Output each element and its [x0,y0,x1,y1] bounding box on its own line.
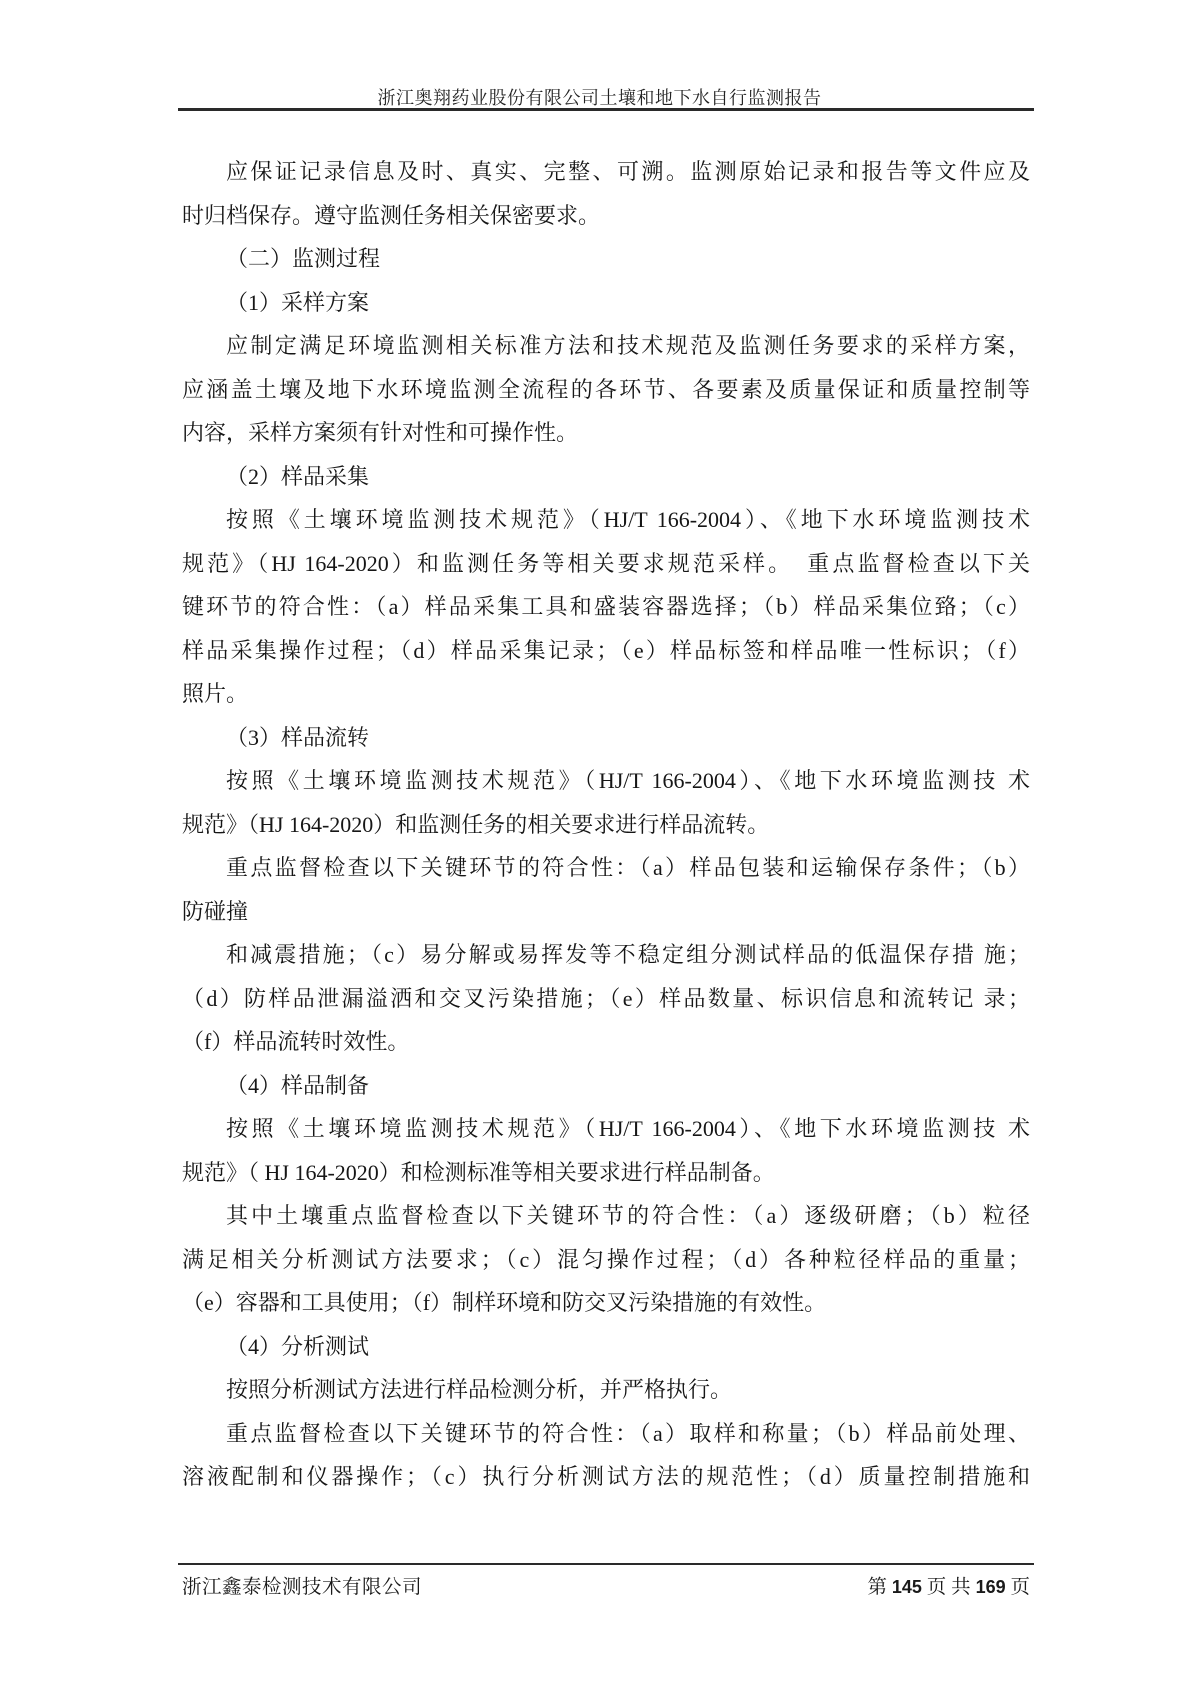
text-line: 应制定满足环境监测相关标准方法和技术规范及监测任务要求的采样方案， [182,324,1030,368]
page-indicator: 第 145 页 共 169 页 [867,1571,1030,1599]
text-line: 样品采集操作过程；（d）样品采集记录；（e）样品标签和样品唯一性标识；（f） [182,629,1030,673]
total-page-number: 169 [976,1577,1006,1597]
footer-company-name: 浙江鑫泰检测技术有限公司 [182,1571,422,1599]
page-indicator-prefix: 第 [867,1577,891,1598]
page-indicator-middle: 页 共 [922,1577,976,1598]
text-line: 按照《土壤环境监测技术规范》（HJ/T 166-2004）、《地下水环境监测技术 [182,498,1030,542]
text-line: 重点监督检查以下关键环节的符合性：（a）取样和称量；（b）样品前处理、 [182,1412,1030,1456]
text-line: 照片。 [182,672,1030,716]
text-line: 按照分析测试方法进行样品检测分析，并严格执行。 [182,1368,1030,1412]
text-line: 按照《土壤环境监测技术规范》（HJ/T 166-2004）、《地下水环境监测技 … [182,1107,1030,1151]
text-line: 满足相关分析测试方法要求；（c）混匀操作过程；（d）各种粒径样品的重量； [182,1238,1030,1282]
text-line: 规范》（HJ 164-2020）和监测任务的相关要求进行样品流转。 [182,803,1030,847]
text-line: （f）样品流转时效性。 [182,1020,1030,1064]
header-rule [178,108,1034,111]
document-page: 浙江奥翔药业股份有限公司土壤和地下水自行监测报告 应保证记录信息及时、真实、完整… [0,0,1199,1696]
text-line: （2）样品采集 [182,455,1030,499]
current-page-number: 145 [892,1577,922,1597]
text-line: （3）样品流转 [182,716,1030,760]
document-body: 应保证记录信息及时、真实、完整、可溯。监测原始记录和报告等文件应及时归档保存。遵… [182,150,1030,1499]
text-line: 应保证记录信息及时、真实、完整、可溯。监测原始记录和报告等文件应及 [182,150,1030,194]
text-line: （e）容器和工具使用；（f）制样环境和防交叉污染措施的有效性。 [182,1281,1030,1325]
text-line: 溶液配制和仪器操作；（c）执行分析测试方法的规范性；（d）质量控制措施和 [182,1455,1030,1499]
text-line: （1）采样方案 [182,281,1030,325]
page-indicator-suffix: 页 [1006,1577,1030,1598]
text-line: （4）样品制备 [182,1064,1030,1108]
text-line: 应涵盖土壤及地下水环境监测全流程的各环节、各要素及质量保证和质量控制等 [182,368,1030,412]
text-line: 规范》（HJ 164-2020）和监测任务等相关要求规范采样。 重点监督检查以下… [182,542,1030,586]
text-line: 时归档保存。遵守监测任务相关保密要求。 [182,194,1030,238]
text-line: 规范》（ HJ 164-2020）和检测标准等相关要求进行样品制备。 [182,1151,1030,1195]
text-line: 按照《土壤环境监测技术规范》（HJ/T 166-2004）、《地下水环境监测技 … [182,759,1030,803]
text-line: 防碰撞 [182,890,1030,934]
header-title: 浙江奥翔药业股份有限公司土壤和地下水自行监测报告 [0,84,1199,110]
text-line: （4）分析测试 [182,1325,1030,1369]
text-line: 重点监督检查以下关键环节的符合性：（a）样品包装和运输保存条件；（b） [182,846,1030,890]
text-line: 内容，采样方案须有针对性和可操作性。 [182,411,1030,455]
text-line: 其中土壤重点监督检查以下关键环节的符合性：（a）逐级研磨；（b）粒径 [182,1194,1030,1238]
text-line: 和减震措施；（c）易分解或易挥发等不稳定组分测试样品的低温保存措 施； [182,933,1030,977]
footer-rule [178,1563,1034,1565]
text-line: 键环节的符合性：（a）样品采集工具和盛装容器选择；（b）样品采集位臵；（c） [182,585,1030,629]
text-line: （d）防样品泄漏溢洒和交叉污染措施；（e）样品数量、标识信息和流转记 录； [182,977,1030,1021]
page-footer: 浙江鑫泰检测技术有限公司 第 145 页 共 169 页 [182,1571,1030,1599]
text-line: （二）监测过程 [182,237,1030,281]
